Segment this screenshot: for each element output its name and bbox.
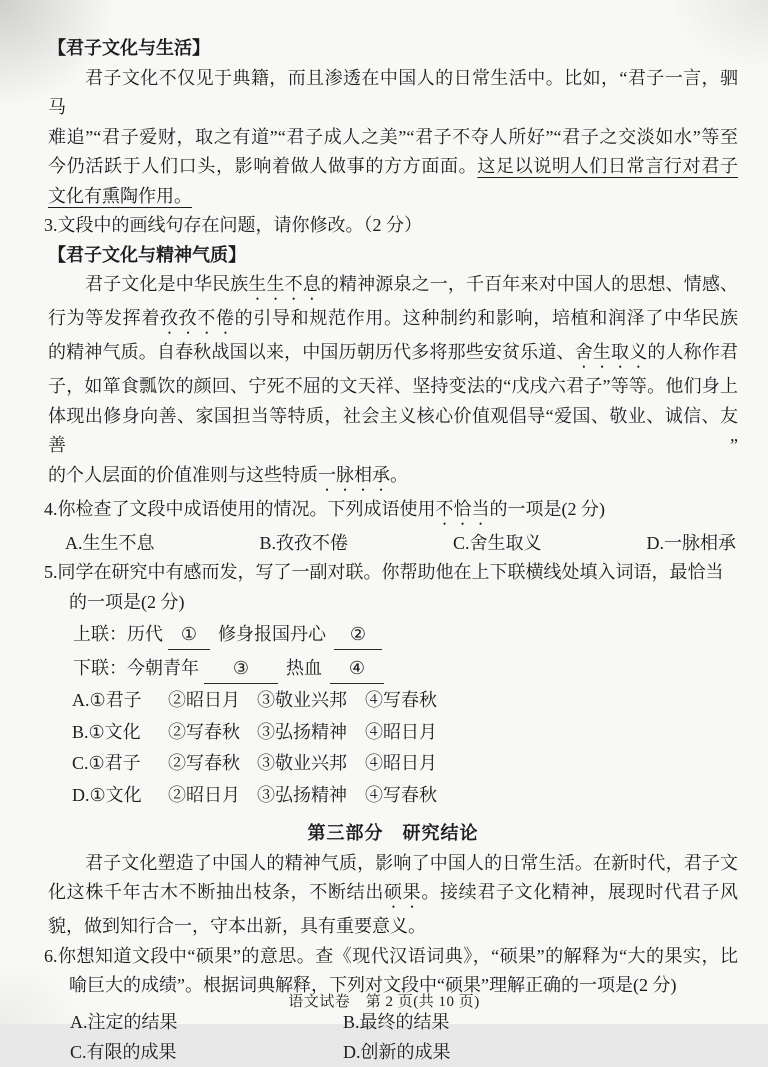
blank-4: ④ bbox=[330, 653, 384, 684]
option-label-and-part: B.①文化 bbox=[72, 717, 168, 749]
body-text: 体现出修身向善、家国担当等特质，社会主义核心价值观倡导“爱国、敬业、诚信、友善” bbox=[48, 406, 738, 456]
question-5-continuation: 的一项是(2 分) bbox=[48, 588, 738, 618]
couplet-text: 热血 bbox=[286, 658, 322, 678]
option-part-3: ③敬业兴邦 bbox=[257, 685, 365, 717]
section-heading-life: 【君子文化与生活】 bbox=[48, 34, 738, 64]
option-part-2: ②写春秋 bbox=[168, 717, 257, 749]
body-text: 。接续君子文化精神，展现时代君子风 bbox=[421, 882, 738, 902]
body-text: 难追”“君子爱财，取之有道”“君子成人之美”“君子不夺人所好”“君子之交淡如水”… bbox=[48, 127, 738, 147]
body-text: 君子文化不仅见于典籍，而且渗透在中国人的日常生活中。比如，“君子一言，驷马 bbox=[48, 68, 738, 118]
option-label: B. bbox=[72, 722, 89, 742]
option-label-and-part: C.①君子 bbox=[72, 748, 168, 780]
question-5-option-d: D.①文化②昭日月③弘扬精神④写春秋 bbox=[48, 780, 738, 812]
option-label-and-part: A.①君子 bbox=[72, 685, 168, 717]
option-part-1: ①文化 bbox=[89, 722, 141, 742]
option-label-and-part: D.①文化 bbox=[72, 780, 168, 812]
option-c: C.舍生取义 bbox=[453, 529, 542, 559]
body-text: 君子文化是中华民族 bbox=[85, 274, 248, 294]
emphasized-term: 硕果 bbox=[384, 882, 421, 902]
option-part-1: ①文化 bbox=[90, 785, 142, 805]
option-label: C. bbox=[72, 753, 89, 773]
question-5-option-a: A.①君子②昭日月③敬业兴邦④写春秋 bbox=[48, 685, 738, 717]
paragraph-line: 难追”“君子爱财，取之有道”“君子成人之美”“君子不夺人所好”“君子之交淡如水”… bbox=[48, 123, 738, 153]
underlined-sentence: 这足以说明人们日常言行对君子 bbox=[477, 156, 738, 176]
body-text: 的精神源泉之一，千百年来对中国人的思想、情感、 bbox=[321, 274, 738, 294]
paragraph-line: 君子文化塑造了中国人的精神气质，影响了中国人的日常生活。在新时代，君子文 bbox=[48, 849, 738, 879]
paragraph-line: 君子文化不仅见于典籍，而且渗透在中国人的日常生活中。比如，“君子一言，驷马 bbox=[48, 64, 738, 123]
question-6: 6.你想知道文段中“硕果”的意思。查《现代汉语词典》，“硕果”的解释为“大的果实… bbox=[44, 942, 738, 972]
option-part-4: ④写春秋 bbox=[365, 685, 437, 717]
question-5-option-c: C.①君子②写春秋③敬业兴邦④昭日月 bbox=[48, 748, 738, 780]
option-part-2: ②写春秋 bbox=[168, 748, 257, 780]
emphasized-idiom: 舍生取义 bbox=[575, 342, 648, 362]
page-content: 【君子文化与生活】 君子文化不仅见于典籍，而且渗透在中国人的日常生活中。比如，“… bbox=[48, 34, 738, 1067]
paragraph-line: 今仍活跃于人们口头，影响着做人做事的方方面面。这足以说明人们日常言行对君子 bbox=[48, 152, 738, 182]
emphasized-idiom: 孜孜不倦 bbox=[160, 308, 235, 328]
question-4: 4.你检查了文段中成语使用的情况。下列成语使用不恰当的一项是(2 分) bbox=[44, 495, 738, 529]
couplet-text: 修身报国丹心 bbox=[218, 624, 326, 644]
couplet-lower-line: 下联：今朝青年③热血④ bbox=[48, 651, 738, 685]
option-label: A. bbox=[72, 690, 90, 710]
paragraph-line: 体现出修身向善、家国担当等特质，社会主义核心价值观倡导“爱国、敬业、诚信、友善” bbox=[48, 402, 738, 461]
option-label: D. bbox=[72, 785, 90, 805]
part-3-heading: 第三部分 研究结论 bbox=[48, 819, 738, 849]
emphasized-idiom: 一脉相承 bbox=[318, 465, 390, 485]
question-text: 4.你检查了文段中成语使用的情况。下列成语使用 bbox=[44, 499, 436, 519]
option-a: A.生生不息 bbox=[65, 529, 155, 559]
body-text: 。 bbox=[390, 465, 408, 485]
question-3: 3.文段中的画线句存在问题，请你修改。（2 分） bbox=[44, 211, 738, 241]
paragraph-line: 貌，做到知行合一，守本出新，具有重要意义。 bbox=[48, 912, 738, 942]
body-text: 子，如箪食瓢饮的颜回、宁死不屈的文天祥、坚持变法的“戊戌六君子”等等。他们身上 bbox=[48, 376, 738, 396]
emphasized-term: 不恰当 bbox=[436, 499, 490, 519]
paragraph-line: 的个人层面的价值准则与这些特质一脉相承。 bbox=[48, 461, 738, 495]
option-d: D.创新的成果 bbox=[343, 1042, 451, 1062]
question-6-options-row-2: C.有限的成果D.创新的成果 bbox=[48, 1037, 738, 1067]
body-text: 的精神气质。自春秋战国以来，中国历朝历代多将那些安贫乐道、 bbox=[48, 342, 575, 362]
question-4-options: A.生生不息 B.孜孜不倦 C.舍生取义 D.一脉相承 bbox=[48, 529, 738, 559]
couplet-label: 下联：今朝青年 bbox=[73, 658, 199, 678]
option-d: D.一脉相承 bbox=[646, 529, 736, 559]
question-text: 的一项是(2 分) bbox=[490, 499, 606, 519]
paragraph-line: 子，如箪食瓢饮的颜回、宁死不屈的文天祥、坚持变法的“戊戌六君子”等等。他们身上 bbox=[48, 372, 738, 402]
question-6-options-row-1: A.注定的结果B.最终的结果 bbox=[48, 1007, 738, 1037]
body-text: 的个人层面的价值准则与这些特质 bbox=[48, 465, 318, 485]
option-part-4: ④写春秋 bbox=[365, 780, 437, 812]
body-text: 貌，做到知行合一，守本出新，具有重要意义。 bbox=[48, 916, 426, 936]
paragraph-line: 化这株千年古木不断抽出枝条，不断结出硕果。接续君子文化精神，展现时代君子风 bbox=[48, 878, 738, 912]
option-part-2: ②昭日月 bbox=[168, 685, 257, 717]
option-b: B.孜孜不倦 bbox=[259, 529, 348, 559]
option-part-4: ④昭日月 bbox=[365, 748, 437, 780]
question-5-option-b: B.①文化②写春秋③弘扬精神④昭日月 bbox=[48, 717, 738, 749]
paragraph-line: 行为等发挥着孜孜不倦的引导和规范作用。这种制约和影响，培植和润泽了中华民族 bbox=[48, 304, 738, 338]
exam-paper-page: 【君子文化与生活】 君子文化不仅见于典籍，而且渗透在中国人的日常生活中。比如，“… bbox=[0, 0, 768, 1024]
option-part-1: ①君子 bbox=[89, 753, 141, 773]
body-text: 今仍活跃于人们口头，影响着做人做事的方方面面。 bbox=[48, 156, 477, 176]
body-text: 的人称作君 bbox=[647, 342, 738, 362]
underlined-sentence: 文化有熏陶作用。 bbox=[48, 186, 192, 206]
body-text: 行为等发挥着 bbox=[48, 308, 160, 328]
option-b: B.最终的结果 bbox=[343, 1012, 450, 1032]
body-text: 君子文化塑造了中国人的精神气质，影响了中国人的日常生活。在新时代，君子文 bbox=[85, 853, 738, 873]
option-part-4: ④昭日月 bbox=[365, 717, 437, 749]
blank-1: ① bbox=[168, 619, 210, 650]
option-part-3: ③弘扬精神 bbox=[257, 717, 365, 749]
page-footer: 语文试卷 第 2 页(共 10 页) bbox=[0, 990, 768, 1011]
option-part-1: ①君子 bbox=[90, 690, 142, 710]
paragraph-line: 君子文化是中华民族生生不息的精神源泉之一，千百年来对中国人的思想、情感、 bbox=[48, 270, 738, 304]
paragraph-line: 的精神气质。自春秋战国以来，中国历朝历代多将那些安贫乐道、舍生取义的人称作君 bbox=[48, 338, 738, 372]
option-c: C.有限的成果 bbox=[70, 1037, 343, 1067]
couplet-upper-line: 上联：历代①修身报国丹心② bbox=[48, 617, 738, 651]
body-text: 的引导和规范作用。这种制约和影响，培植和润泽了中华民族 bbox=[235, 308, 738, 328]
option-part-3: ③弘扬精神 bbox=[257, 780, 365, 812]
option-a: A.注定的结果 bbox=[70, 1007, 343, 1037]
body-text: 化这株千年古木不断抽出枝条，不断结出 bbox=[48, 882, 384, 902]
couplet-label: 上联：历代 bbox=[73, 624, 163, 644]
option-part-2: ②昭日月 bbox=[168, 780, 257, 812]
emphasized-idiom: 生生不息 bbox=[248, 274, 321, 294]
question-5: 5.同学在研究中有感而发，写了一副对联。你帮助他在上下联横线处填入词语，最恰当 bbox=[44, 558, 738, 588]
paragraph-line: 文化有熏陶作用。 bbox=[48, 182, 738, 212]
blank-3: ③ bbox=[204, 653, 278, 684]
blank-2: ② bbox=[334, 619, 382, 650]
section-heading-spirit: 【君子文化与精神气质】 bbox=[48, 241, 738, 271]
option-part-3: ③敬业兴邦 bbox=[257, 748, 365, 780]
